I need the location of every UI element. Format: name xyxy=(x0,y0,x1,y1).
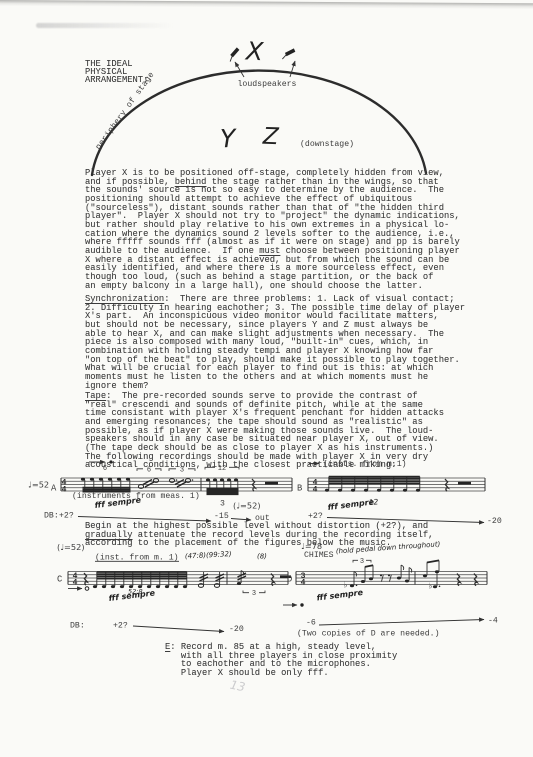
tremolo-figure xyxy=(214,572,224,587)
staff-b: B 4 4 (insts. from m.1) fff sempre 12 xyxy=(297,459,485,512)
tape-cue-dot xyxy=(300,603,303,606)
meter-c-bot: 4 xyxy=(73,579,78,588)
db-label: DB: xyxy=(70,622,85,631)
tempo-b-paren: (♩=52) xyxy=(233,501,261,511)
note-group xyxy=(93,572,187,588)
dynamic-d: fff sempre xyxy=(316,588,364,603)
tuplet-6: 6 xyxy=(103,465,107,473)
level-ramp-arrow xyxy=(319,620,484,626)
music-system-2: (♩=52) (inst. from m. 1) (47:8)(99:32) (… xyxy=(25,541,530,641)
music-system-1: ♩=52 A 4 4 6 6 xyxy=(25,453,525,531)
periphery-of-stage-label: periphery of stage xyxy=(93,70,156,152)
note-group: ♭ xyxy=(423,560,440,590)
tremolo-figure-dotted xyxy=(169,479,193,487)
handwritten-pedal-note: (hold pedal down throughout) xyxy=(336,540,441,555)
quarter-rest xyxy=(445,479,448,491)
paragraph-synchronization: Synchronization: There are three problem… xyxy=(85,295,465,390)
db-mid-level: -15 xyxy=(214,512,229,521)
tuplet-3-bracket: 3 xyxy=(180,466,184,474)
loudspeakers-label: loudspeakers xyxy=(238,79,297,89)
bracket-3-below: 3 xyxy=(252,590,256,598)
db-start-level: +2? xyxy=(59,512,74,521)
paragraph-recording-e: E: Record m. 85 at a high, steady level,… xyxy=(165,643,397,678)
sub-tuplet-3: 3 xyxy=(220,500,225,509)
db-start-level: +2? xyxy=(113,622,128,631)
half-rest xyxy=(458,482,471,485)
staff-a-label: A xyxy=(51,484,57,494)
db-level-row-2: DB: +2? -20 -6 -4 (Two copies of D are n… xyxy=(70,617,498,639)
tremolo-figure xyxy=(198,572,208,587)
staff-d: ♩=78 CHIMES (hold pedal down throughout)… xyxy=(283,540,487,607)
tempo-c: (♩=52) xyxy=(57,542,85,552)
staff-b-label: B xyxy=(297,484,302,494)
staff-a: ♩=52 A 4 4 6 6 xyxy=(28,460,292,510)
loudspeaker-icon xyxy=(282,47,295,61)
quarter-rest xyxy=(252,479,255,491)
quarter-rest xyxy=(271,574,274,586)
downstage-label: (downstage) xyxy=(300,139,354,149)
player-y-position-label: Y xyxy=(220,124,238,154)
db-end-level-2: -4 xyxy=(488,617,498,626)
tremolo-figure xyxy=(138,479,158,489)
meter-d-bot: 4 xyxy=(301,579,306,588)
level-ramp-arrow xyxy=(133,626,224,632)
meter-a-bot: 4 xyxy=(62,485,67,494)
chimes-label: CHIMES xyxy=(304,551,334,560)
paragraph-positioning: Player X is to be positioned off-stage, … xyxy=(85,169,460,290)
tape-cue-circle xyxy=(85,587,89,591)
count-12: 12 xyxy=(368,497,379,507)
db-end-level: -20 xyxy=(229,625,244,634)
handwritten-8-annotation: (8) xyxy=(257,553,267,561)
level-ramp-arrow xyxy=(231,519,251,521)
handwritten-ratio-annotation: (47:8)(99:32) xyxy=(185,550,232,560)
note-group: ♭ xyxy=(344,565,412,590)
player-z-position-label: Z xyxy=(261,124,280,151)
staff-c: (♩=52) (inst. from m. 1) (47:8)(99:32) (… xyxy=(57,542,291,603)
note-group xyxy=(206,479,239,495)
scanned-document-page: THE IDEAL PHYSICAL ARRANGEMENT: peripher… xyxy=(0,0,533,757)
dynamic-c: fff sempre xyxy=(108,588,156,603)
staff-d-label: D xyxy=(287,575,292,585)
arrow-to-left-speaker xyxy=(235,62,244,77)
tuplet-12-bracket: 12 xyxy=(218,465,226,473)
tempo-d: ♩=78 xyxy=(301,541,322,551)
svg-text:♭: ♭ xyxy=(344,580,348,590)
inst-b-label: (insts. from m.1) xyxy=(323,459,407,469)
arrow-to-right-speaker xyxy=(290,61,295,77)
player-x-position-label: X xyxy=(243,36,264,66)
db-start-level-2: +2? xyxy=(308,512,323,521)
two-copies-note: (Two copies of D are needed.) xyxy=(297,629,440,639)
scan-artifact-top-edge xyxy=(0,0,533,9)
stage-arrangement-diagram: periphery of stage X loudspeakers Y Z (d… xyxy=(0,26,533,178)
db-end-level-2: -20 xyxy=(487,517,502,526)
meter-b-bot: 4 xyxy=(313,485,318,494)
quarter-rest xyxy=(457,574,460,586)
tape-cue-dot xyxy=(109,460,112,463)
tempo-a: ♩=52 xyxy=(28,480,49,490)
staff-c-label: C xyxy=(57,575,62,585)
db-start-level-2: -6 xyxy=(306,619,316,628)
quarter-rest xyxy=(474,574,477,586)
tuplet-3-bracket: 3 xyxy=(360,558,364,566)
half-rest xyxy=(265,482,278,485)
loudspeaker-icon xyxy=(228,47,242,62)
page-number: 13 xyxy=(229,678,247,695)
svg-text:♭: ♭ xyxy=(429,581,433,591)
tuplet-6-bracket: 6 xyxy=(147,466,151,474)
db-label: DB: xyxy=(44,512,59,521)
